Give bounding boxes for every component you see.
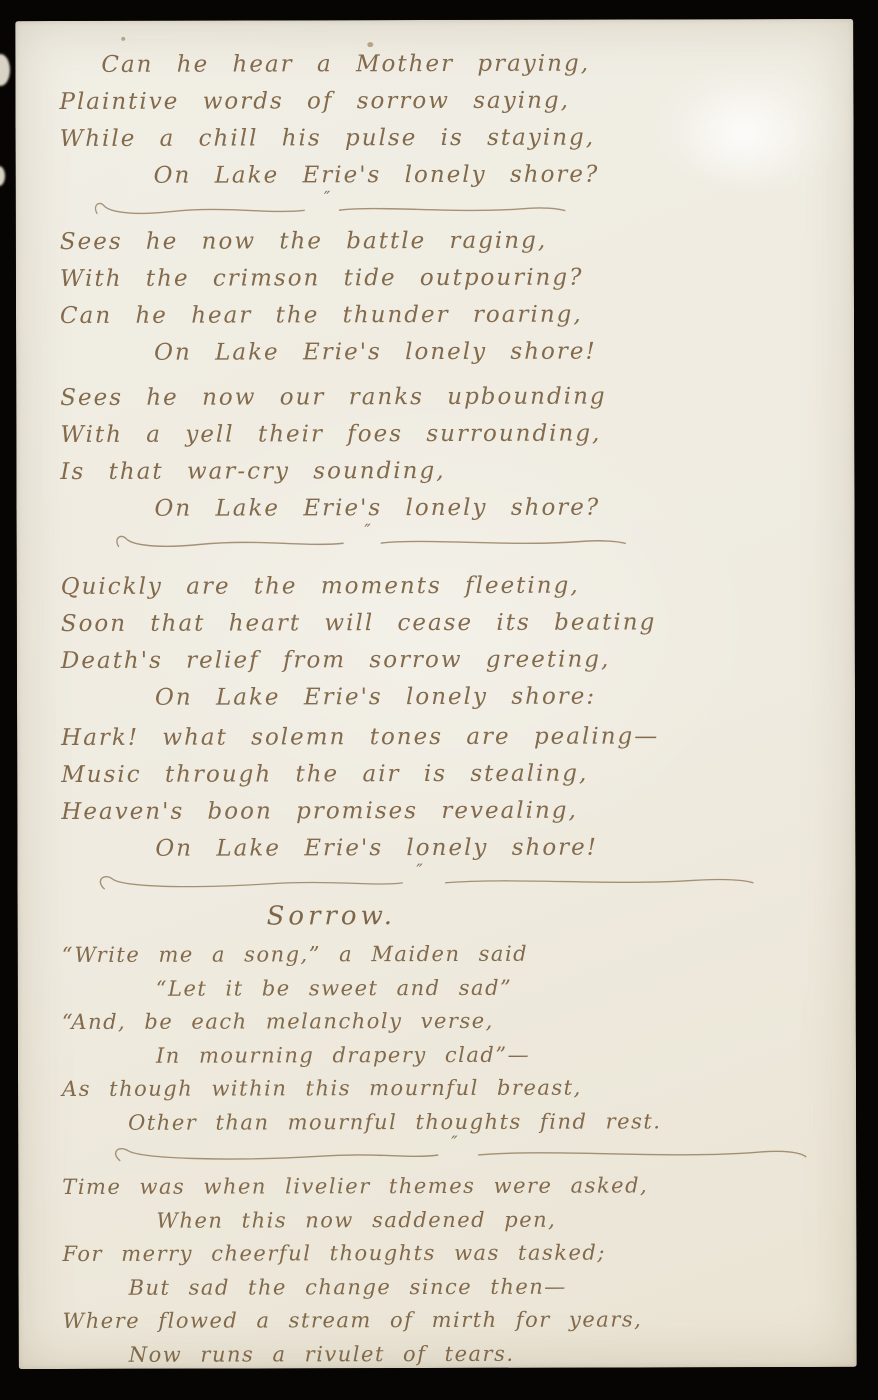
flourish-divider: ″	[89, 197, 569, 222]
poem-refrain-line: On Lake Erie's lonely shore:	[155, 678, 837, 717]
stanza: Sees he now the battle raging, With the …	[60, 222, 836, 372]
poem-line: Plaintive words of sorrow saying,	[59, 82, 835, 121]
ditto-mark: ″	[451, 1133, 457, 1153]
poem-line: Hark! what solemn tones are pealing—	[61, 718, 837, 757]
poem-line: Quickly are the moments fleeting,	[61, 567, 837, 606]
poem-line: “Let it be sweet and sad”	[156, 970, 838, 1005]
stanza: Time was when livelier themes were asked…	[62, 1169, 839, 1369]
poem-line: “Write me a song,” a Maiden said	[62, 937, 838, 973]
poem-refrain-line: On Lake Erie's lonely shore?	[154, 489, 836, 528]
scan-edge-artifact	[0, 54, 10, 86]
poem-line: Heaven's boon promises revealing,	[61, 792, 837, 831]
poem-refrain-line: On Lake Erie's lonely shore!	[155, 829, 837, 868]
poem-line: “And, be each melancholy verse,	[62, 1004, 838, 1040]
poem-line: Soon that heart will cease its beating	[61, 604, 837, 643]
poem-line: In mourning drapery clad”—	[156, 1037, 838, 1072]
stanza: Sees he now our ranks upbounding With a …	[60, 378, 836, 528]
flourish-divider: ″	[90, 869, 755, 897]
poem-line: Music through the air is stealing,	[61, 755, 837, 794]
poem-line: Where flowed a stream of mirth for years…	[63, 1303, 839, 1339]
flourish-divider: ″	[110, 529, 630, 554]
poem-title-sorrow: Sorrow.	[267, 899, 838, 932]
stanza: “Write me a song,” a Maiden said “Let it…	[62, 937, 839, 1140]
poem-line: Can he hear the thunder roaring,	[60, 296, 836, 335]
flourish-divider: ″	[108, 1141, 808, 1167]
stanza: Can he hear a Mother praying, Plaintive …	[59, 45, 835, 195]
ditto-mark: ″	[324, 188, 330, 208]
scanned-manuscript: Can he hear a Mother praying, Plaintive …	[0, 0, 878, 1400]
poem-line: Death's relief from sorrow greeting,	[61, 641, 837, 680]
page-content: Can he hear a Mother praying, Plaintive …	[15, 19, 857, 1369]
poem-refrain-line: On Lake Erie's lonely shore?	[154, 156, 836, 195]
poem-line: Is that war-cry sounding,	[60, 452, 836, 491]
ditto-mark: ″	[434, 1368, 440, 1369]
poem-line: Other than mournful thoughts find rest.	[128, 1104, 838, 1139]
poem-line: But sad the change since then—	[129, 1269, 839, 1304]
poem-line: While a chill his pulse is staying,	[59, 119, 835, 158]
stanza: Quickly are the moments fleeting, Soon t…	[61, 567, 837, 717]
poem-line: Sees he now our ranks upbounding	[60, 378, 836, 417]
poem-line: As though within this mournful breast,	[62, 1071, 838, 1107]
poem-line: Can he hear a Mother praying,	[101, 45, 835, 84]
poem-line: With a yell their foes surrounding,	[60, 415, 836, 454]
poem-line: With the crimson tide outpouring?	[60, 259, 836, 298]
scan-edge-artifact	[0, 166, 5, 186]
ditto-mark: ″	[416, 861, 422, 881]
poem-line: Sees he now the battle raging,	[60, 222, 836, 261]
manuscript-page: Can he hear a Mother praying, Plaintive …	[15, 19, 857, 1369]
poem-refrain-line: On Lake Erie's lonely shore!	[154, 333, 836, 372]
ditto-mark: ″	[364, 521, 370, 541]
poem-line: Time was when livelier themes were asked…	[62, 1169, 838, 1205]
stanza: Hark! what solemn tones are pealing— Mus…	[61, 718, 837, 868]
poem-line: For merry cheerful thoughts was tasked;	[62, 1236, 838, 1272]
poem-line: Now runs a rivulet of tears.	[129, 1336, 839, 1369]
poem-line: When this now saddened pen,	[156, 1202, 838, 1237]
